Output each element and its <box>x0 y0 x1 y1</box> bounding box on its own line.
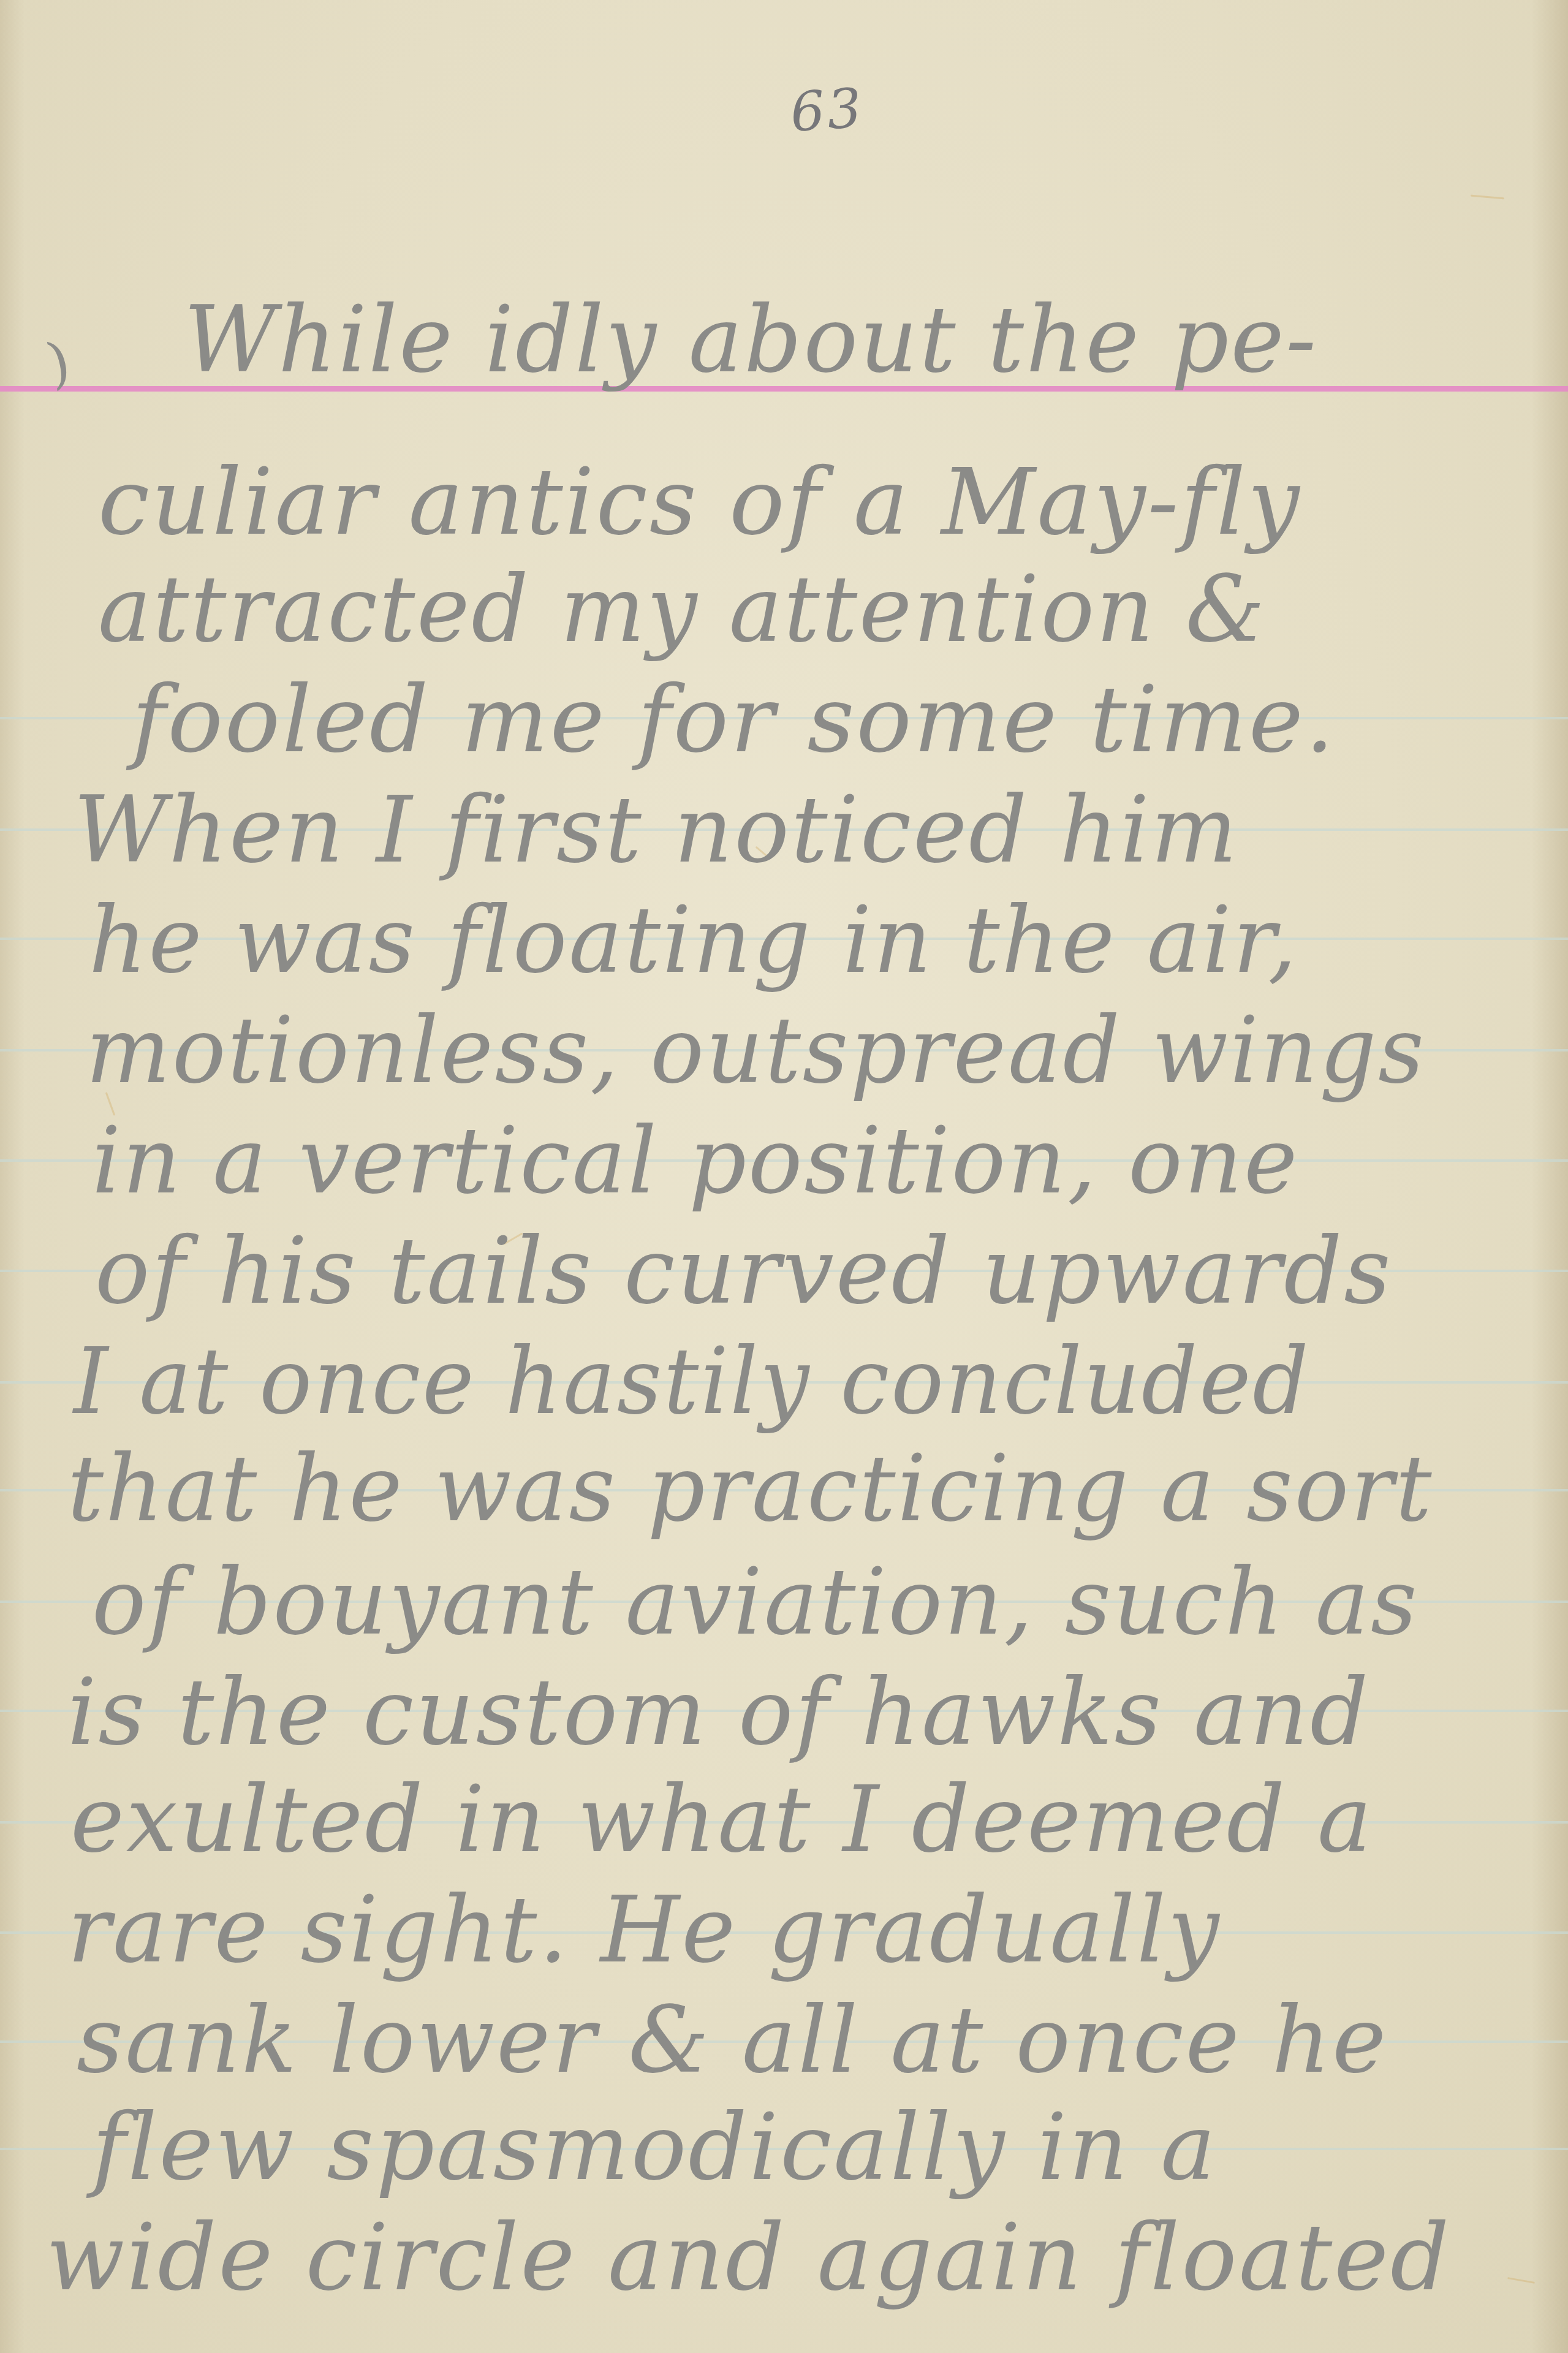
handwritten-line: culiar antics of a May-fly <box>98 457 1301 548</box>
handwritten-line: motionless, outspread wings <box>86 1005 1426 1097</box>
handwritten-line: wide circle and again floated <box>46 2212 1451 2304</box>
page-number: 63 <box>789 76 866 144</box>
paper-fiber <box>1471 195 1504 200</box>
handwritten-line: sank lower & all at once he <box>77 1995 1388 2086</box>
page-edge-shadow-right <box>1531 0 1568 2353</box>
handwritten-line: of bouyant aviation, such as <box>92 1556 1418 1648</box>
handwritten-line: of his tails curved upwards <box>95 1226 1392 1317</box>
handwritten-line: When I first noticed him <box>74 784 1239 876</box>
handwritten-line: flew spasmodically in a <box>92 2102 1218 2194</box>
handwritten-line: that he was practicing a sort <box>67 1443 1433 1535</box>
handwritten-line: rare sight. He gradually <box>67 1884 1221 1976</box>
handwritten-line: he was floating in the air, <box>89 895 1298 987</box>
handwritten-line: fooled me for some time. <box>132 674 1336 766</box>
notebook-page: 63 ) While idly about the pe-culiar anti… <box>0 0 1568 2353</box>
handwritten-line: in a vertical position, one <box>92 1115 1299 1207</box>
handwritten-line: I at once hastily concluded <box>74 1336 1310 1428</box>
handwritten-line: is the custom of hawks and <box>67 1667 1370 1759</box>
handwritten-line: While idly about the pe- <box>184 294 1318 386</box>
handwritten-line: attracted my attention & <box>98 564 1267 656</box>
handwritten-line: exulted in what I deemed a <box>70 1774 1374 1866</box>
page-edge-shadow-left <box>0 0 25 2353</box>
